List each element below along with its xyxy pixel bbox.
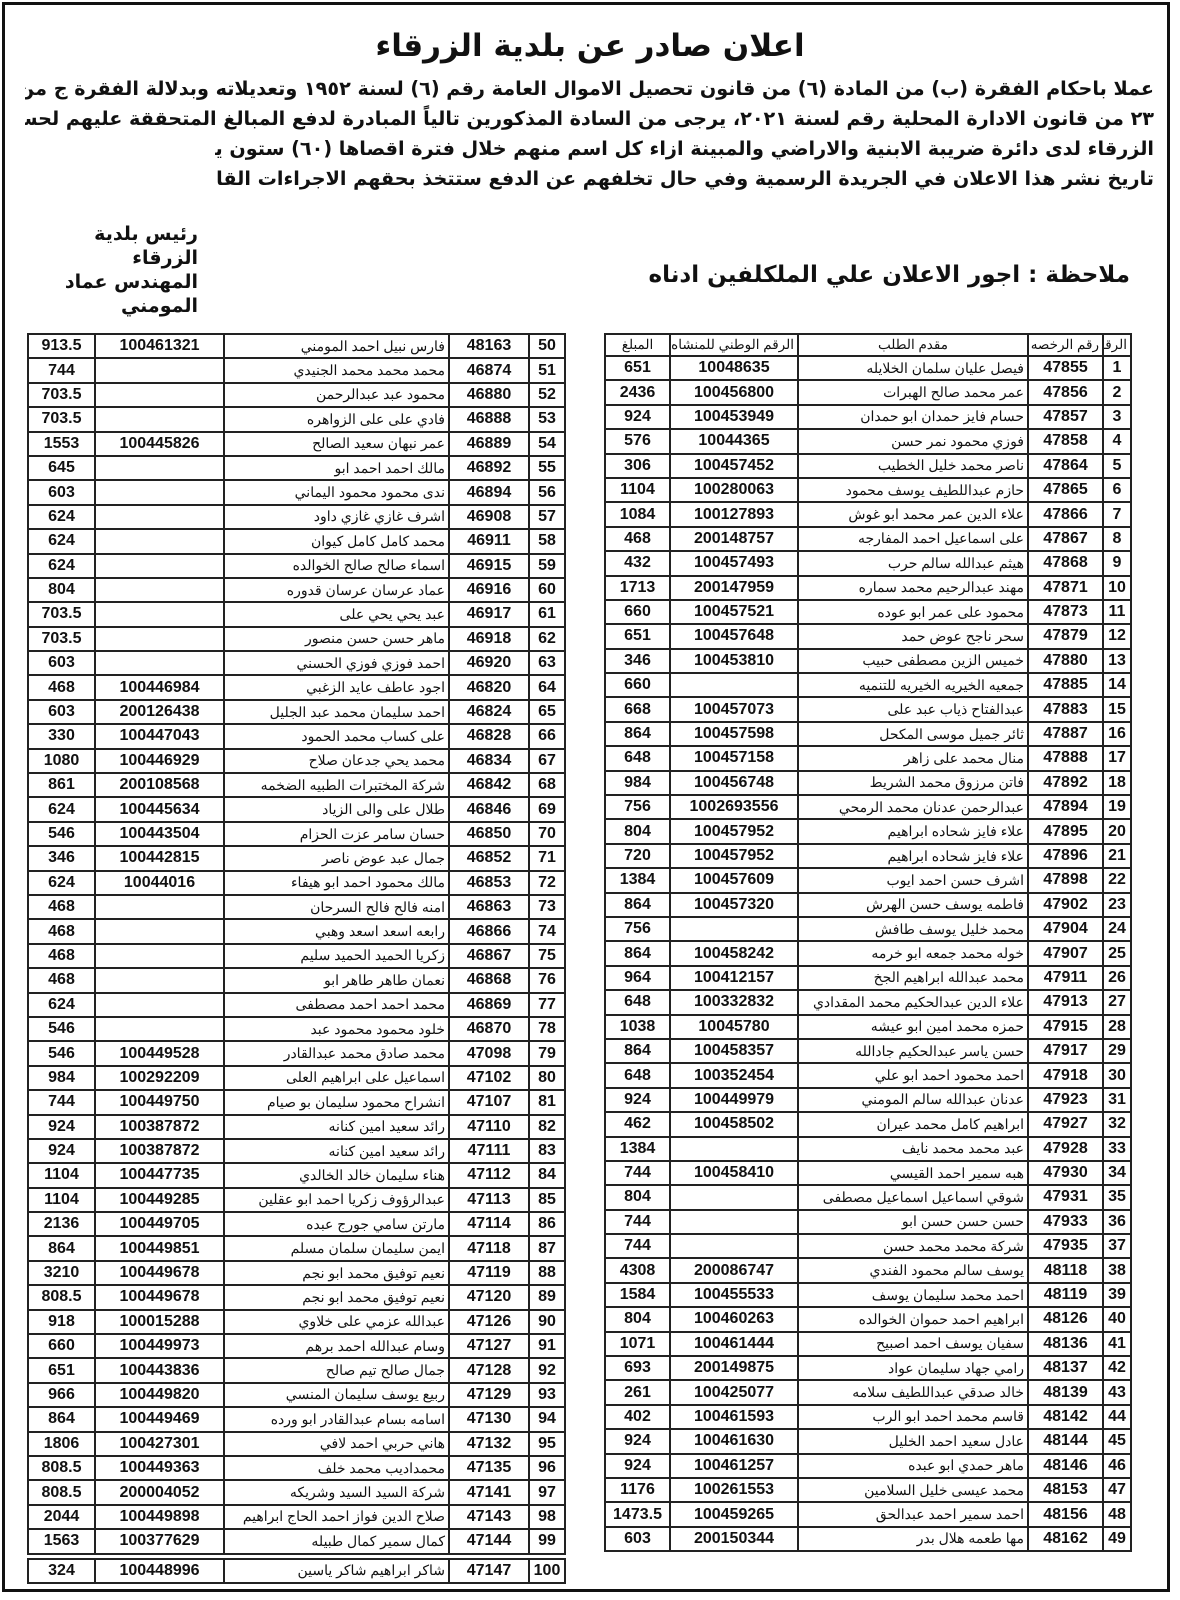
license-number: 47135 — [449, 1456, 529, 1480]
applicant-name: شوقي اسماعيل اسماعيل مصطفى — [798, 1185, 1028, 1209]
national-id — [95, 456, 224, 480]
license-number: 48146 — [1028, 1454, 1103, 1478]
national-id — [95, 919, 224, 943]
row-number: 46 — [1103, 1454, 1131, 1478]
license-number: 47927 — [1028, 1112, 1103, 1136]
national-id: 100449285 — [95, 1188, 224, 1212]
license-number: 46824 — [449, 700, 529, 724]
national-id — [95, 1017, 224, 1041]
national-id: 100445634 — [95, 797, 224, 821]
body-line: عملا باحكام الفقرة (ب) من المادة (٦) من … — [25, 74, 1154, 104]
applicant-name: شركة محمد محمد حسن — [798, 1234, 1028, 1258]
amount: 864 — [605, 941, 670, 965]
license-number: 47917 — [1028, 1039, 1103, 1063]
license-number: 46850 — [449, 822, 529, 846]
row-number: 59 — [529, 554, 565, 578]
license-number: 47883 — [1028, 697, 1103, 721]
row-number: 88 — [529, 1261, 565, 1285]
national-id: 100459265 — [670, 1502, 798, 1526]
row-number: 98 — [529, 1505, 565, 1529]
table-row: 8947120نعيم توفيق محمد ابو نجم1004496788… — [28, 1285, 565, 1309]
row-number: 52 — [529, 383, 565, 407]
applicant-name: عمر محمد صالح الهبرات — [798, 380, 1028, 404]
national-id — [95, 358, 224, 382]
table-row: 4148136سفيان يوسف احمد اصبيح100461444107… — [605, 1332, 1131, 1356]
table-row: 1447885جمعيه الخيريه الخيريه للتنميه660 — [605, 673, 1131, 697]
national-id — [95, 578, 224, 602]
applicant-name: جمال عبد عوض ناصر — [224, 846, 449, 870]
row-number: 47 — [1103, 1478, 1131, 1502]
license-number: 46820 — [449, 675, 529, 699]
applicant-name: محمد احمد احمد مصطفى — [224, 993, 449, 1017]
applicant-name: عبد محمد محمد نايف — [798, 1137, 1028, 1161]
amount: 648 — [605, 1063, 670, 1087]
row-number: 76 — [529, 968, 565, 992]
amount: 804 — [605, 1185, 670, 1209]
applicant-name: امنه فالح فالح السرحان — [224, 895, 449, 919]
national-id: 200148757 — [670, 527, 798, 551]
national-id: 100280063 — [670, 478, 798, 502]
license-number: 47864 — [1028, 454, 1103, 478]
license-number: 47879 — [1028, 624, 1103, 648]
applicant-name: فوزي محمود نمر حسن — [798, 429, 1028, 453]
announcement-title: اعلان صادر عن بلدية الزرقاء — [0, 28, 1180, 64]
amount: 703.5 — [28, 627, 95, 651]
row-number: 87 — [529, 1236, 565, 1260]
applicant-name: ندى محمود محمود اليماني — [224, 480, 449, 504]
amount: 964 — [605, 966, 670, 990]
applicant-name: ثائر جميل موسى المكحل — [798, 722, 1028, 746]
national-id: 100449678 — [95, 1261, 224, 1285]
applicant-name: زكريا الحميد الحميد سليم — [224, 944, 449, 968]
amount: 756 — [605, 917, 670, 941]
row-number: 1 — [1103, 356, 1131, 380]
row-number: 40 — [1103, 1307, 1131, 1331]
amount: 261 — [605, 1380, 670, 1404]
row-number: 66 — [529, 724, 565, 748]
amount: 703.5 — [28, 602, 95, 626]
row-number: 39 — [1103, 1283, 1131, 1307]
amount: 468 — [605, 527, 670, 551]
table-row: 4348139خالد صدقي عبداللطيف سلامه10042507… — [605, 1380, 1131, 1404]
amount: 1713 — [605, 576, 670, 600]
table-row: 2147896علاء فايز شحاده ابراهيم1004579527… — [605, 844, 1131, 868]
applicant-name: منال محمد على زاهر — [798, 746, 1028, 770]
amount: 1084 — [605, 502, 670, 526]
body-line: تاريخ نشر هذا الاعلان في الجريدة الرسمية… — [215, 164, 1154, 194]
table-row: 4548144عادل سعيد احمد الخليل100461630924 — [605, 1429, 1131, 1453]
license-number: 48142 — [1028, 1405, 1103, 1429]
table-row: 10047147شاكر ابراهيم شاكر ياسين100448996… — [28, 1559, 565, 1583]
applicant-name: وسام عبدالله احمد برهم — [224, 1334, 449, 1358]
amount: 1038 — [605, 1015, 670, 1039]
license-number: 48144 — [1028, 1429, 1103, 1453]
applicant-name: فارس نبيل احمد المومني — [224, 334, 449, 358]
table-row: 1047871مهند عبدالرحيم محمد سماره20014795… — [605, 576, 1131, 600]
row-number: 56 — [529, 480, 565, 504]
applicant-name: جمعيه الخيريه الخيريه للتنميه — [798, 673, 1028, 697]
national-id — [95, 407, 224, 431]
header-num: الرقم — [1103, 334, 1131, 356]
national-id — [670, 1137, 798, 1161]
applicant-name: صلاح الدين فواز احمد الحاج ابراهيم — [224, 1505, 449, 1529]
row-number: 94 — [529, 1407, 565, 1431]
applicant-name: قاسم محمد احمد ابو الرب — [798, 1405, 1028, 1429]
license-number: 47119 — [449, 1261, 529, 1285]
national-id: 100457521 — [670, 600, 798, 624]
table-row: 2447904محمد خليل يوسف طافش756 — [605, 917, 1131, 941]
amount: 1104 — [28, 1188, 95, 1212]
row-number: 6 — [1103, 478, 1131, 502]
applicant-name: محمد عيسى خليل السلامين — [798, 1478, 1028, 1502]
license-number: 46866 — [449, 919, 529, 943]
amount: 660 — [605, 600, 670, 624]
applicant-name: محمد صادق محمد عبدالقادر — [224, 1041, 449, 1065]
license-number: 47898 — [1028, 868, 1103, 892]
header-license: رقم الرخصه — [1028, 334, 1103, 356]
amount: 804 — [28, 578, 95, 602]
applicant-name: اشرف حسن احمد ايوب — [798, 868, 1028, 892]
amount: 432 — [605, 551, 670, 575]
license-number: 47102 — [449, 1066, 529, 1090]
national-id: 100446929 — [95, 749, 224, 773]
table-row: 3347928عبد محمد محمد نايف1384 — [605, 1137, 1131, 1161]
row-number: 50 — [529, 334, 565, 358]
license-number: 47114 — [449, 1212, 529, 1236]
table-row: 2347902فاطمه يوسف حسن الهرش100457320864 — [605, 893, 1131, 917]
applicant-name: رائد سعيد امين كنانه — [224, 1115, 449, 1139]
row-number: 48 — [1103, 1502, 1131, 1526]
table-row: 7947098محمد صادق محمد عبدالقادر100449528… — [28, 1041, 565, 1065]
license-number: 47110 — [449, 1115, 529, 1139]
license-number: 47098 — [449, 1041, 529, 1065]
row-number: 93 — [529, 1383, 565, 1407]
applicant-name: احمد سليمان محمد عبد الجليل — [224, 700, 449, 724]
national-id: 100449851 — [95, 1236, 224, 1260]
table-row: 2247898اشرف حسن احمد ايوب1004576091384 — [605, 868, 1131, 892]
applicant-name: مها طعمه هلال بدر — [798, 1527, 1028, 1551]
applicant-name: ناصر محمد خليل الخطيب — [798, 454, 1028, 478]
applicant-name: حسام فايز حمدان ابو حمدان — [798, 405, 1028, 429]
license-number: 47867 — [1028, 527, 1103, 551]
national-id: 100457452 — [670, 454, 798, 478]
national-id: 100457952 — [670, 819, 798, 843]
row-number: 67 — [529, 749, 565, 773]
amount: 966 — [28, 1383, 95, 1407]
license-number: 47858 — [1028, 429, 1103, 453]
applicant-name: اسماعيل على ابراهيم العلى — [224, 1066, 449, 1090]
applicant-name: هيثم عبدالله سالم حرب — [798, 551, 1028, 575]
applicant-name: مالك محمود احمد ابو هيفاء — [224, 871, 449, 895]
amount: 703.5 — [28, 383, 95, 407]
row-number: 44 — [1103, 1405, 1131, 1429]
amount: 1584 — [605, 1283, 670, 1307]
table-row: 7646868نعمان طاهر طاهر ابو468 — [28, 968, 565, 992]
table-row: 3647933حسن حسن حسن ابو744 — [605, 1210, 1131, 1234]
national-id: 1002693556 — [670, 795, 798, 819]
license-number: 47130 — [449, 1407, 529, 1431]
row-number: 3 — [1103, 405, 1131, 429]
license-number: 47107 — [449, 1090, 529, 1114]
license-number: 46917 — [449, 602, 529, 626]
license-number: 47923 — [1028, 1088, 1103, 1112]
applicant-name: شركة السيد السيد وشريكه — [224, 1480, 449, 1504]
table-row: 6846842شركة المختبرات الطبيه الضخمه20010… — [28, 773, 565, 797]
amount: 1806 — [28, 1432, 95, 1456]
amount: 1563 — [28, 1529, 95, 1553]
amount: 744 — [605, 1234, 670, 1258]
table-row: 2847915حمزه محمد امين ابو عيشه1004578010… — [605, 1015, 1131, 1039]
row-number: 63 — [529, 651, 565, 675]
amount: 1104 — [28, 1163, 95, 1187]
amount: 346 — [605, 649, 670, 673]
applicant-name: خالد صدقي عبداللطيف سلامه — [798, 1380, 1028, 1404]
license-number: 47141 — [449, 1480, 529, 1504]
national-id — [670, 1185, 798, 1209]
national-id — [670, 673, 798, 697]
national-id: 10045780 — [670, 1015, 798, 1039]
national-id: 200149875 — [670, 1356, 798, 1380]
license-number: 47915 — [1028, 1015, 1103, 1039]
applicant-name: علاء فايز شحاده ابراهيم — [798, 819, 1028, 843]
license-number: 47871 — [1028, 576, 1103, 600]
applicant-name: فادي على على الزواهره — [224, 407, 449, 431]
table-row: 3047918احمد محمود احمد ابو علي1003524546… — [605, 1063, 1131, 1087]
license-number: 47127 — [449, 1334, 529, 1358]
table-row: 747866علاء الدين عمر محمد ابو غوش1001278… — [605, 502, 1131, 526]
national-id: 100427301 — [95, 1432, 224, 1456]
applicant-name: عبدالرؤوف زكريا احمد ابو عقلين — [224, 1188, 449, 1212]
license-number: 47868 — [1028, 551, 1103, 575]
table-row: 7346863امنه فالح فالح السرحان468 — [28, 895, 565, 919]
row-number: 100 — [529, 1559, 565, 1583]
table-row: 5346888فادي على على الزواهره703.5 — [28, 407, 565, 431]
row-number: 79 — [529, 1041, 565, 1065]
row-number: 26 — [1103, 966, 1131, 990]
table-row: 1147873محمود على عمر ابو عوده10045752166… — [605, 600, 1131, 624]
license-number: 47111 — [449, 1139, 529, 1163]
amount: 645 — [28, 456, 95, 480]
license-number: 48139 — [1028, 1380, 1103, 1404]
row-number: 28 — [1103, 1015, 1131, 1039]
row-number: 70 — [529, 822, 565, 846]
license-number: 46915 — [449, 554, 529, 578]
national-id: 100377629 — [95, 1529, 224, 1553]
applicant-name: مالك احمد احمد ابو — [224, 456, 449, 480]
amount: 1176 — [605, 1478, 670, 1502]
applicant-name: ماهر حسن حسن منصور — [224, 627, 449, 651]
license-number: 46880 — [449, 383, 529, 407]
national-id: 100425077 — [670, 1380, 798, 1404]
license-number: 48137 — [1028, 1356, 1103, 1380]
amount: 864 — [605, 893, 670, 917]
national-id: 100458357 — [670, 1039, 798, 1063]
license-number: 47896 — [1028, 844, 1103, 868]
amount: 924 — [605, 1429, 670, 1453]
amount: 603 — [28, 480, 95, 504]
license-number: 47113 — [449, 1188, 529, 1212]
license-number: 46853 — [449, 871, 529, 895]
applicant-name: على كساب محمد الحمود — [224, 724, 449, 748]
row-number: 38 — [1103, 1258, 1131, 1282]
row-number: 18 — [1103, 771, 1131, 795]
amount: 624 — [28, 797, 95, 821]
row-number: 84 — [529, 1163, 565, 1187]
national-id: 10044016 — [95, 871, 224, 895]
license-number: 46888 — [449, 407, 529, 431]
amount: 804 — [605, 819, 670, 843]
table-row: 9347129ربيع يوسف سليمان المنسي1004498209… — [28, 1383, 565, 1407]
row-number: 74 — [529, 919, 565, 943]
license-number: 47918 — [1028, 1063, 1103, 1087]
national-id: 200126438 — [95, 700, 224, 724]
amount: 624 — [28, 529, 95, 553]
applicant-name: فاطمه يوسف حسن الهرش — [798, 893, 1028, 917]
row-number: 43 — [1103, 1380, 1131, 1404]
applicant-name: احمد فوزي فوزي الحسني — [224, 651, 449, 675]
amount: 808.5 — [28, 1456, 95, 1480]
national-id — [95, 529, 224, 553]
row-number: 61 — [529, 602, 565, 626]
national-id: 100457073 — [670, 697, 798, 721]
table-row: 9047126عبدالله عزمي على خلاوي10001528891… — [28, 1310, 565, 1334]
license-number: 48136 — [1028, 1332, 1103, 1356]
amount: 624 — [28, 993, 95, 1017]
license-number: 47887 — [1028, 722, 1103, 746]
license-number: 46908 — [449, 505, 529, 529]
body-line: الزرقاء لدى دائرة ضريبة الابنية والاراضي… — [215, 134, 1154, 164]
row-number: 22 — [1103, 868, 1131, 892]
table-row: 6046916عماد عرسان عرسان قدوره804 — [28, 578, 565, 602]
license-number: 47888 — [1028, 746, 1103, 770]
national-id: 200147959 — [670, 576, 798, 600]
table-row: 4648146ماهر حمدي ابو عبده100461257924 — [605, 1454, 1131, 1478]
row-number: 49 — [1103, 1527, 1131, 1551]
license-number: 48153 — [1028, 1478, 1103, 1502]
table-row: 247856عمر محمد صالح الهبرات1004568002436 — [605, 380, 1131, 404]
row-number: 75 — [529, 944, 565, 968]
license-number: 46868 — [449, 968, 529, 992]
amount: 984 — [28, 1066, 95, 1090]
applicant-name: محمداديب محمد خلف — [224, 1456, 449, 1480]
table-row: 4248137رامي جهاد سليمان عواد200149875693 — [605, 1356, 1131, 1380]
row-number: 89 — [529, 1285, 565, 1309]
row-number: 90 — [529, 1310, 565, 1334]
national-id: 100447043 — [95, 724, 224, 748]
amount: 861 — [28, 773, 95, 797]
amount: 603 — [605, 1527, 670, 1551]
national-id: 100449469 — [95, 1407, 224, 1431]
row-number: 11 — [1103, 600, 1131, 624]
national-id: 100449705 — [95, 1212, 224, 1236]
national-id: 100015288 — [95, 1310, 224, 1334]
header-applicant: مقدم الطلب — [798, 334, 1028, 356]
national-id — [95, 968, 224, 992]
row-number: 30 — [1103, 1063, 1131, 1087]
table-row: 1847892فاتن مرزوق محمد الشريط10045674898… — [605, 771, 1131, 795]
applicant-name: حسن ياسر عبدالحكيم جادالله — [798, 1039, 1028, 1063]
table-row: 147855فيصل عليان سلمان الخلايله100486356… — [605, 356, 1131, 380]
national-id: 100352454 — [670, 1063, 798, 1087]
taxpayers-table-left: 5048163فارس نبيل احمد المومني10046132191… — [27, 333, 566, 1584]
table-row: 7446866رابعه اسعد اسعد وهبي468 — [28, 919, 565, 943]
amount: 648 — [605, 746, 670, 770]
table-row: 8147107انشراح محمود سليمان بو صيام100449… — [28, 1090, 565, 1114]
row-number: 58 — [529, 529, 565, 553]
applicant-name: عبدالله عزمي على خلاوي — [224, 1310, 449, 1334]
table-row: 5446889عمر نبهان سعيد الصالح100445826155… — [28, 432, 565, 456]
table-row: 2747913علاء الدين عبدالحكيم محمد المقداد… — [605, 990, 1131, 1014]
national-id: 200086747 — [670, 1258, 798, 1282]
row-number: 15 — [1103, 697, 1131, 721]
national-id: 100457320 — [670, 893, 798, 917]
applicant-name: خوله محمد جمعه ابو خرمه — [798, 941, 1028, 965]
row-number: 83 — [529, 1139, 565, 1163]
applicant-name: طلال على والى الزياد — [224, 797, 449, 821]
license-number: 47126 — [449, 1310, 529, 1334]
license-number: 47132 — [449, 1432, 529, 1456]
license-number: 48118 — [1028, 1258, 1103, 1282]
amount: 402 — [605, 1405, 670, 1429]
table-row: 1547883عبدالفتاح ذياب عبد على10045707366… — [605, 697, 1131, 721]
applicant-name: ابراهيم كامل محمد عيران — [798, 1112, 1028, 1136]
applicant-name: رابعه اسعد اسعد وهبي — [224, 919, 449, 943]
applicant-name: محمد يحي جدعان صلاح — [224, 749, 449, 773]
national-id — [95, 895, 224, 919]
table-row: 5048163فارس نبيل احمد المومني10046132191… — [28, 334, 565, 358]
national-id: 100127893 — [670, 502, 798, 526]
national-id: 100458242 — [670, 941, 798, 965]
amount: 468 — [28, 919, 95, 943]
national-id: 100461593 — [670, 1405, 798, 1429]
applicant-name: فاتن مرزوق محمد الشريط — [798, 771, 1028, 795]
table-row: 8247110رائد سعيد امين كنانه100387872924 — [28, 1115, 565, 1139]
applicant-name: مارتن سامي جورج عبده — [224, 1212, 449, 1236]
applicant-name: عدنان عبدالله سالم المومني — [798, 1088, 1028, 1112]
amount: 756 — [605, 795, 670, 819]
amount: 744 — [28, 358, 95, 382]
applicant-name: كمال سمير كمال طبيله — [224, 1529, 449, 1553]
row-number: 42 — [1103, 1356, 1131, 1380]
row-number: 53 — [529, 407, 565, 431]
license-number: 47928 — [1028, 1137, 1103, 1161]
national-id: 200150344 — [670, 1527, 798, 1551]
license-number: 47112 — [449, 1163, 529, 1187]
amount: 660 — [605, 673, 670, 697]
amount: 546 — [28, 1017, 95, 1041]
national-id: 100449820 — [95, 1383, 224, 1407]
row-number: 17 — [1103, 746, 1131, 770]
amount: 924 — [605, 405, 670, 429]
national-id: 100453810 — [670, 649, 798, 673]
table-row: 6246918ماهر حسن حسن منصور703.5 — [28, 627, 565, 651]
national-id: 100461630 — [670, 1429, 798, 1453]
table-row: 3948119احمد محمد سليمان يوسف100455533158… — [605, 1283, 1131, 1307]
table-row: 6146917عبد يحي يحي على703.5 — [28, 602, 565, 626]
applicant-name: عمر نبهان سعيد الصالح — [224, 432, 449, 456]
row-number: 62 — [529, 627, 565, 651]
national-id: 100449363 — [95, 1456, 224, 1480]
amount: 660 — [28, 1334, 95, 1358]
applicant-name: خميس الزين مصطفى حبيب — [798, 649, 1028, 673]
applicant-name: سفيان يوسف احمد اصبيح — [798, 1332, 1028, 1356]
amount: 808.5 — [28, 1285, 95, 1309]
signature-line-1: رئيس بلدية الزرقاء — [28, 222, 198, 270]
national-id — [670, 917, 798, 941]
table-row: 5746908اشرف غازي غازي داود624 — [28, 505, 565, 529]
row-number: 29 — [1103, 1039, 1131, 1063]
amount: 468 — [28, 675, 95, 699]
